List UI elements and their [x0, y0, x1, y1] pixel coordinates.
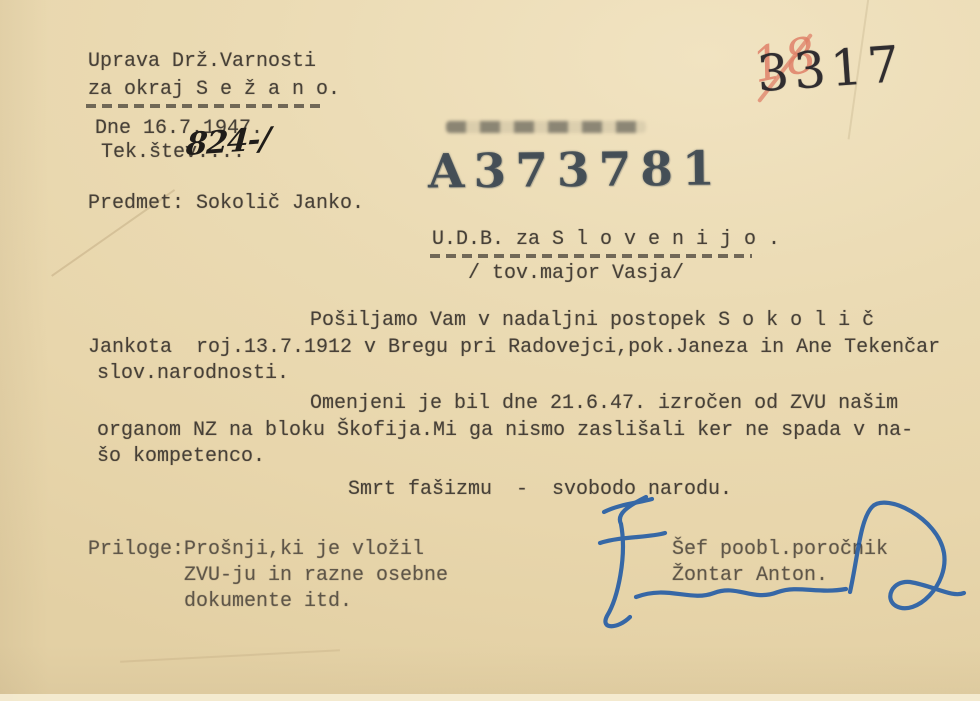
signature-ink	[580, 486, 980, 656]
recipient-attn: / tov.major Vasja/	[468, 262, 684, 285]
serial-number-stamp: A373781	[428, 141, 724, 199]
erased-stamp-smudge	[446, 121, 646, 133]
signature-stroke	[636, 589, 846, 597]
recipient-underline	[430, 254, 752, 258]
body-p2-line1: Omenjeni je bil dne 21.6.47. izročen od …	[310, 392, 898, 415]
attachments-line2: ZVU-ju in razne osebne	[184, 564, 448, 587]
office-name-line2: za okraj S e ž a n o.	[88, 78, 340, 101]
ref-number-handwritten: 824-/	[185, 121, 271, 163]
office-name-line1: Uprava Drž.Varnosti	[88, 50, 316, 73]
attachments-line3: dokumente itd.	[184, 590, 352, 613]
signature-stroke	[605, 497, 646, 626]
pencil-number: 3317	[755, 35, 906, 103]
scanned-document-page: Uprava Drž.Varnosti za okraj S e ž a n o…	[0, 0, 980, 701]
recipient-org: U.D.B. za S l o v e n i j o .	[432, 228, 780, 251]
body-p1-line3: slov.narodnosti.	[97, 362, 289, 385]
attachments-line1: Priloge:Prošnji,ki je vložil	[88, 538, 424, 561]
office-underline	[86, 104, 326, 108]
paper-crease	[120, 649, 340, 662]
body-p1-line2: Jankota roj.13.7.1912 v Bregu pri Radove…	[88, 336, 940, 359]
signature-stroke	[850, 503, 964, 609]
scan-edge	[0, 694, 980, 701]
body-p1-line1: Pošiljamo Vam v nadaljni postopek S o k …	[310, 309, 874, 332]
body-p2-line3: šo kompetenco.	[97, 445, 265, 468]
subject-line: Predmet: Sokolič Janko.	[88, 192, 364, 215]
body-p2-line2: organom NZ na bloku Škofija.Mi ga nismo …	[97, 419, 913, 442]
